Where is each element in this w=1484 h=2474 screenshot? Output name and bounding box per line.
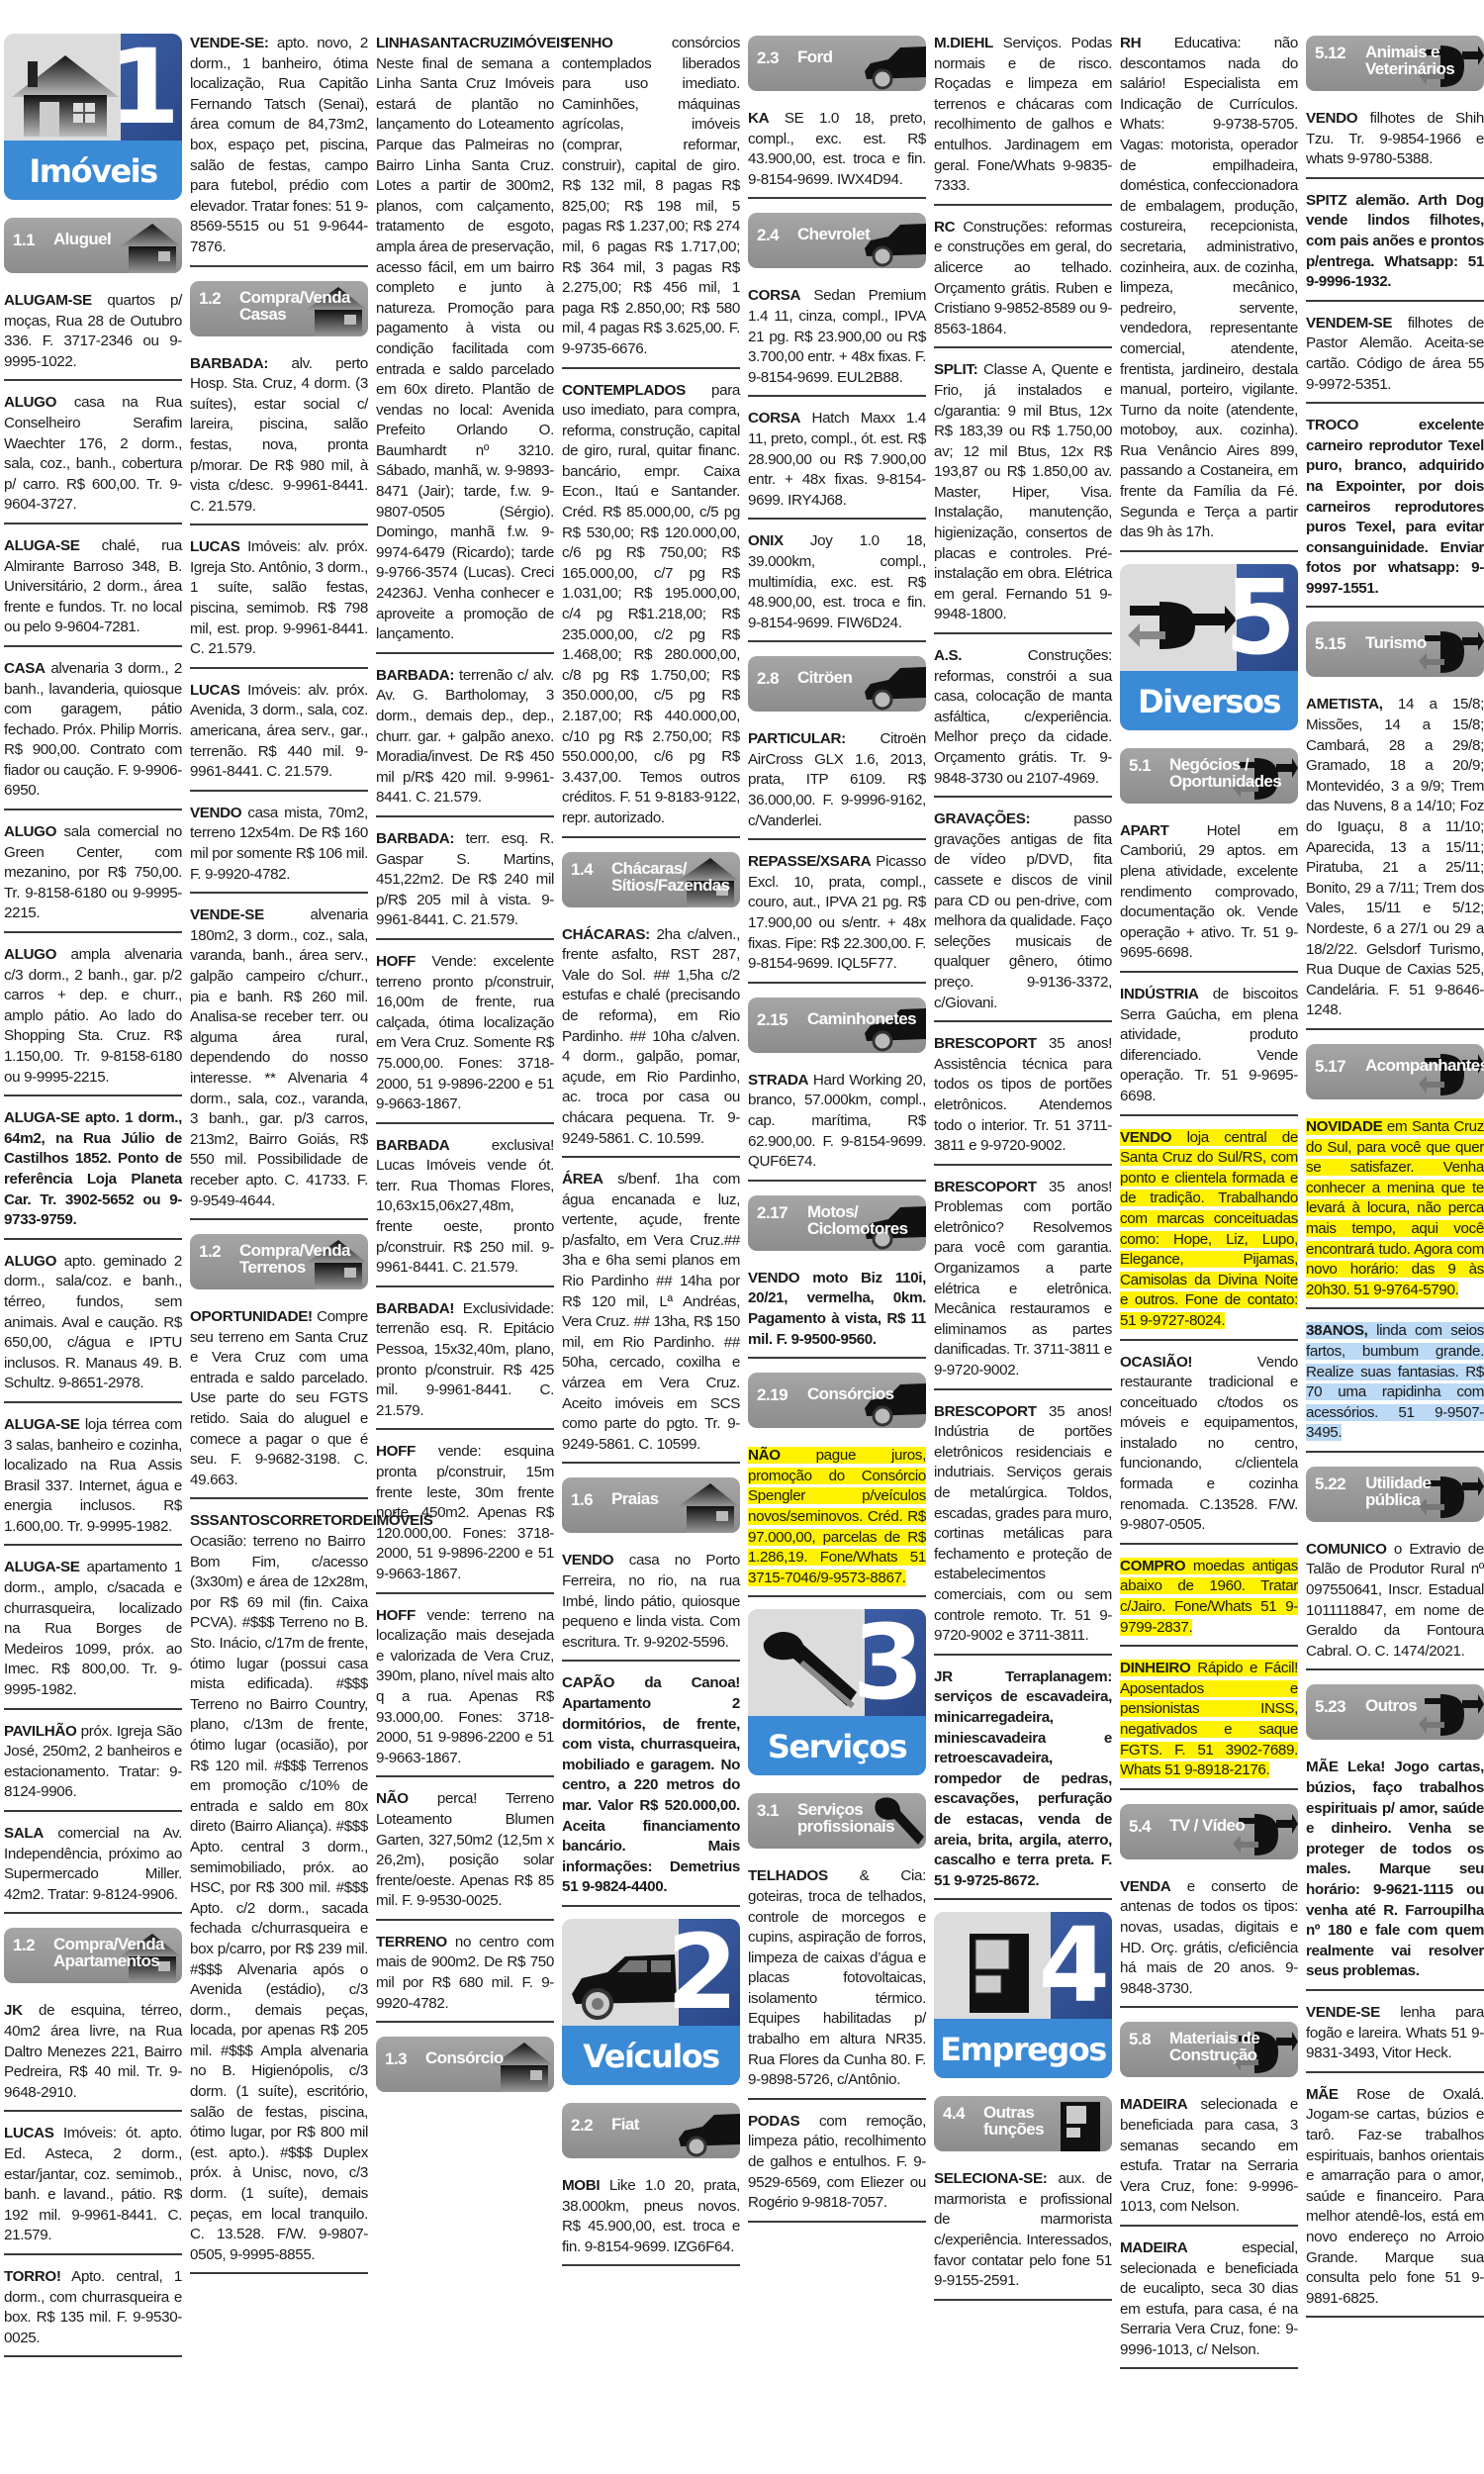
classified-ad: MADEIRA especial, selecionada e benefici… <box>1120 2235 1298 2370</box>
section-title: Utilidade pública <box>1365 1475 1431 1508</box>
car-icon <box>671 2103 740 2158</box>
column-2: VENDE-SE: apto. novo, 2 dorm., 1 banheir… <box>190 30 368 2377</box>
classified-ad: JK de esquina, térreo, 40m2 área livre, … <box>4 1997 182 2112</box>
classified-ad: BARBADA: terrenão c/ alv. Av. G. Barthol… <box>376 662 554 817</box>
house-icon <box>113 218 182 273</box>
section-number: 2.8 <box>757 669 779 689</box>
classified-ad: HOFF Vende: excelente terreno pronto p/c… <box>376 948 554 1124</box>
category-header-servicos: 3 Serviços <box>748 1609 926 1775</box>
classified-ad: LUCAS Imóveis: alv. próx. Avenida, 3 dor… <box>190 677 368 792</box>
category-number: 3 <box>853 1609 920 1722</box>
ad-lead: SPLIT: <box>934 361 977 378</box>
ad-lead: CORSA <box>748 287 800 304</box>
classified-ad: ALUGO ampla alvenaria c/3 dorm., 2 banh.… <box>4 941 182 1096</box>
category-header-diversos: 5 Diversos <box>1120 564 1298 730</box>
section-title: Materiais de Construção <box>1169 2030 1259 2063</box>
classified-ad: CORSA Hatch Maxx 1.4 11, preto, compl., … <box>748 405 926 520</box>
column-6: M.DIEHL Serviços. Podas normais e de ris… <box>934 30 1112 2377</box>
section-number: 5.8 <box>1129 2030 1151 2049</box>
ad-lead: LINHASANTACRUZIMÓVEIS <box>376 35 570 51</box>
ad-body: Rápido e Fácil! Aposentados e pensionist… <box>1120 1660 1298 1778</box>
ad-lead: TERRENO <box>376 1934 447 1951</box>
section-header: 1.2 Compra/Venda Apartamentos <box>4 1928 182 1983</box>
category-header-veiculos: 2 Veículos <box>562 1919 740 2085</box>
ad-body: da Canoa! Apartamento 2 dormitórios, de … <box>562 1674 740 1895</box>
classified-ad: VENDO casa mista, 70m2, terreno 12x54m. … <box>190 800 368 894</box>
ad-lead: VENDO <box>748 1270 799 1286</box>
section-title: Caminhonetes <box>807 1010 916 1027</box>
section-title: Negócios / Oportunidades <box>1169 756 1281 790</box>
classified-ad: MOBI Like 1.0 20, prata, 38.000km, pneus… <box>562 2172 740 2266</box>
ad-lead: 38ANOS, <box>1306 1322 1368 1339</box>
section-title: Outras funções <box>983 2104 1044 2138</box>
section-number: 5.22 <box>1315 1475 1345 1494</box>
ad-lead: ALUGO <box>4 823 56 840</box>
ad-body: apto. geminado 2 dorm., sala/coz. e banh… <box>4 1253 182 1392</box>
ad-body: Leka! Jogo cartas, búzios, faço trabalho… <box>1306 1759 1484 1979</box>
classified-ad: VENDO filhotes de Shih Tzu. Tr. 9-9854-1… <box>1306 105 1484 179</box>
machine-icon <box>1043 2096 1112 2151</box>
ad-lead: TROCO <box>1306 417 1358 433</box>
ad-body: Picasso Excl. 10, prata, compl., couro, … <box>748 853 926 972</box>
classified-ad: MÃE Leka! Jogo cartas, búzios, faço trab… <box>1306 1754 1484 1991</box>
ad-lead: VENDO <box>1306 110 1357 127</box>
ad-lead: TORRO! <box>4 2268 61 2285</box>
ad-lead: JR <box>934 1668 953 1685</box>
ad-lead: ALUGO <box>4 946 56 963</box>
section-title: Compra/Venda Casas <box>239 289 350 323</box>
section-number: 2.19 <box>757 1385 788 1405</box>
ad-body: alv. perto Hosp. Sta. Cruz, 4 dorm. (3 s… <box>190 355 368 515</box>
ad-body: vende: terreno na localização mais desej… <box>376 1607 554 1766</box>
ad-lead: BARBADA: <box>376 667 454 684</box>
classified-ad: DINHEIRO Rápido e Fácil! Aposentados e p… <box>1120 1655 1298 1790</box>
classified-ad: ALUGO casa na Rua Conselheiro Serafim Wa… <box>4 389 182 524</box>
ad-lead: HOFF <box>376 953 416 970</box>
ad-lead: ALUGO <box>4 394 56 411</box>
section-number: 5.15 <box>1315 634 1345 654</box>
ad-lead: KA <box>748 110 769 127</box>
classified-ad: BARBADA exclusiva! Lucas Imóveis vende ó… <box>376 1132 554 1287</box>
ad-body: 35 anos! Assistência técnica para todos … <box>934 1035 1112 1154</box>
section-header: 5.17 Acompanhantes <box>1306 1044 1484 1099</box>
classified-ad: SALA comercial na Av. Independência, pró… <box>4 1820 182 1914</box>
ad-lead: CHÁCARAS: <box>562 926 650 943</box>
ad-lead: STRADA <box>748 1072 808 1089</box>
section-number: 1.2 <box>13 1936 35 1955</box>
classified-ad: GRAVAÇÕES: passo gravações antigas de fi… <box>934 806 1112 1022</box>
classified-ad: VENDEM-SE filhotes de Pastor Alemão. Ace… <box>1306 310 1484 404</box>
ad-lead: REPASSE/XSARA <box>748 853 871 870</box>
section-header: 1.1 Aluguel <box>4 218 182 273</box>
ad-body: Terraplanagem: serviços de escavadeira, … <box>934 1668 1112 1889</box>
category-number: 1 <box>109 34 176 146</box>
category-number: 5 <box>1225 564 1292 677</box>
section-title: Praias <box>611 1490 658 1507</box>
ad-lead: MOBI <box>562 2177 600 2194</box>
section-number: 1.2 <box>199 1242 221 1262</box>
section-number: 5.23 <box>1315 1697 1345 1717</box>
classified-ad: 38ANOS, linda com seios fartos, bumbum g… <box>1306 1317 1484 1453</box>
ad-body: linda com seios fartos, bumbum grande. R… <box>1306 1322 1484 1441</box>
classified-ad: VENDO casa no Porto Ferreira, no rio, na… <box>562 1547 740 1662</box>
classified-ad: RC Construções: reformas e construções e… <box>934 214 1112 349</box>
section-header: 5.22 Utilidade pública <box>1306 1467 1484 1522</box>
section-header: 2.2 Fiat <box>562 2103 740 2158</box>
ad-body: Ocasião: terreno no Bairro Bom Fim, c/ac… <box>190 1533 368 2263</box>
section-header: 3.1 Serviços profissionais <box>748 1793 926 1849</box>
classified-ad: INDÚSTRIA de biscoitos Serra Gaúcha, em … <box>1120 981 1298 1116</box>
section-number: 2.3 <box>757 48 779 68</box>
section-header: 2.3 Ford <box>748 36 926 91</box>
ad-lead: MÃE <box>1306 2086 1339 2103</box>
ad-body: Hotel em Camboriú, 29 aptos. em plena at… <box>1120 822 1298 962</box>
ad-lead: RC <box>934 219 955 236</box>
ad-lead: BRESCOPORT <box>934 1179 1037 1195</box>
house-icon <box>671 1477 740 1533</box>
ad-body: aux. de marmorista e profissional de mar… <box>934 2170 1112 2289</box>
classified-ad: M.DIEHL Serviços. Podas normais e de ris… <box>934 30 1112 206</box>
column-4: TENHO consórcios contemplados liberados … <box>562 30 740 2377</box>
classified-ad: VENDE-SE alvenaria 180m2, 3 dorm., coz.,… <box>190 902 368 1220</box>
ad-lead: DINHEIRO <box>1120 1660 1190 1676</box>
ad-body: Classe A, Quente e Frio, já instalados e… <box>934 361 1112 622</box>
section-header: 1.6 Praias <box>562 1477 740 1533</box>
section-title: Consórcio <box>425 2049 504 2066</box>
section-title: Outros <box>1365 1697 1417 1714</box>
ad-lead: BARBADA! <box>376 1300 454 1317</box>
classified-ad: PAVILHÃO próx. Igreja São José, 250m2, 2… <box>4 1718 182 1812</box>
ad-lead: VENDEM-SE <box>1306 315 1392 332</box>
ad-lead: ALUGO <box>4 1253 56 1270</box>
classified-ad: TROCO excelente carneiro reprodutor Texe… <box>1306 412 1484 608</box>
category-label: Serviços <box>748 1728 926 1765</box>
ad-body: Vende: excelente terreno pronto p/constr… <box>376 953 554 1112</box>
column-3: LINHASANTACRUZIMÓVEIS Neste final de sem… <box>376 30 554 2377</box>
classified-ad: ALUGAM-SE quartos p/ moças, Rua 28 de Ou… <box>4 287 182 381</box>
wrench-icon <box>754 1623 865 1712</box>
ad-lead: VENDO <box>562 1552 613 1569</box>
arrows-icon <box>1415 1684 1484 1740</box>
ad-body: de biscoitos Serra Gaúcha, em plena ativ… <box>1120 986 1298 1104</box>
ad-lead: BARBADA: <box>376 830 454 847</box>
ad-body: loja térrea com 3 salas, banheiro e cozi… <box>4 1416 182 1535</box>
ad-lead: ONIX <box>748 532 784 549</box>
ad-body: perca! Terreno Loteamento Blumen Garten,… <box>376 1790 554 1909</box>
ad-lead: CORSA <box>748 410 800 427</box>
classified-ad: SPITZ alemão. Arth Dog vende lindos filh… <box>1306 187 1484 302</box>
section-header: 2.19 Consórcios <box>748 1373 926 1428</box>
section-number: 3.1 <box>757 1801 779 1821</box>
ad-body: em Santa Cruz do Sul, para você que quer… <box>1306 1118 1484 1298</box>
ad-body: 35 anos! Indústria de portões eletrônico… <box>934 1403 1112 1645</box>
ad-lead: SPITZ <box>1306 192 1346 209</box>
section-header: 5.23 Outros <box>1306 1684 1484 1740</box>
section-header: 1.2 Compra/Venda Casas <box>190 281 368 336</box>
ad-body: para uso imediato, para compra, reforma,… <box>562 382 740 826</box>
car-icon <box>568 1933 679 2022</box>
section-title: Animais e Veterinários <box>1365 44 1454 77</box>
classified-ad: VENDA e conserto de antenas de todos os … <box>1120 1873 1298 2009</box>
ad-lead: COMPRO <box>1120 1558 1185 1574</box>
ad-lead: MADEIRA <box>1120 2096 1187 2113</box>
section-title: Consórcios <box>807 1385 894 1402</box>
ad-body: casa na Rua Conselheiro Serafim Waechter… <box>4 394 182 513</box>
ad-lead: PAVILHÃO <box>4 1723 76 1740</box>
ad-lead: VENDE-SE <box>1306 2004 1380 2021</box>
section-header: 5.15 Turismo <box>1306 621 1484 677</box>
ad-body: Educativa: não descontamos nada do salár… <box>1120 35 1298 540</box>
section-title: Serviços profissionais <box>797 1801 894 1835</box>
section-title: Chácaras/ Sítios/Fazendas <box>611 860 729 894</box>
section-title: Compra/Venda Terrenos <box>239 1242 350 1276</box>
classified-ad: PARTICULAR: Citroën AirCross GLX 1.6, 20… <box>748 725 926 840</box>
classified-ad: SPLIT: Classe A, Quente e Frio, já insta… <box>934 356 1112 634</box>
classified-ad: VENDO moto Biz 110i, 20/21, vermelha, 0k… <box>748 1265 926 1359</box>
ad-lead: TENHO <box>562 35 612 51</box>
car-icon <box>857 656 926 712</box>
classified-ad: BARBADA! Exclusividade: terrenão esq. R.… <box>376 1295 554 1431</box>
ad-lead: VENDA <box>1120 1878 1170 1895</box>
ad-lead: SELECIONA-SE: <box>934 2170 1047 2187</box>
ad-body: alvenaria 3 dorm., 2 banh., lavanderia, … <box>4 660 182 800</box>
column-8: 5.12 Animais e Veterinários VENDO filhot… <box>1306 30 1484 2377</box>
classified-ad: BRESCOPORT 35 anos! Assistência técnica … <box>934 1030 1112 1166</box>
section-title: Motos/ Ciclomotores <box>807 1203 907 1237</box>
ad-lead: JK <box>4 2002 23 2019</box>
ad-lead: LUCAS <box>190 682 240 699</box>
classified-ad: OCASIÃO! Vendo restaurante tradicional e… <box>1120 1349 1298 1545</box>
ad-lead: NÃO <box>376 1790 409 1807</box>
section-number: 2.17 <box>757 1203 788 1223</box>
classified-ad: APART Hotel em Camboriú, 29 aptos. em pl… <box>1120 817 1298 973</box>
classified-ad: CONTEMPLADOS para uso imediato, para com… <box>562 377 740 838</box>
section-header: 1.3 Consórcio <box>376 2037 554 2092</box>
section-title: Ford <box>797 48 832 65</box>
section-number: 1.2 <box>199 289 221 309</box>
ad-body: Imóveis: ót. apto. Ed. Asteca, 2 dorm., … <box>4 2125 182 2243</box>
section-title: Turismo <box>1365 634 1427 651</box>
section-title: Chevrolet <box>797 226 870 242</box>
classified-ad: A.S. Construções: reformas, constrói a s… <box>934 642 1112 798</box>
ad-lead: VENDO <box>1120 1129 1171 1146</box>
ad-lead: VENDO <box>190 805 241 821</box>
ad-lead: CASA <box>4 660 46 677</box>
classified-ad: COMUNICO o Extravio de Talão de Produtor… <box>1306 1536 1484 1671</box>
classified-ad: SSSANTOSCORRETORDEIMÓVEIS Ocasião: terre… <box>190 1507 368 2274</box>
ad-body: Imóveis: alv. próx. Igreja Sto. Antônio,… <box>190 538 368 657</box>
ad-lead: MADEIRA <box>1120 2239 1187 2256</box>
ad-body: de esquina, térreo, 40m2 área livre, na … <box>4 2002 182 2100</box>
arrows-icon <box>1126 578 1237 667</box>
column-1: 1 Imóveis 1.1 Aluguel ALUGAM-SE quartos … <box>4 30 182 2377</box>
classified-ad: HOFF vende: terreno na localização mais … <box>376 1602 554 1778</box>
classified-ad: COMPRO moedas antigas abaixo de 1960. Tr… <box>1120 1553 1298 1647</box>
classified-ad: ONIX Joy 1.0 18, 39.000km, compl., multi… <box>748 527 926 642</box>
section-number: 1.1 <box>13 231 35 250</box>
ad-lead: NOVIDADE <box>1306 1118 1382 1135</box>
section-header: 2.4 Chevrolet <box>748 213 926 268</box>
classified-ad: NOVIDADE em Santa Cruz do Sul, para você… <box>1306 1113 1484 1309</box>
ad-lead: TELHADOS <box>748 1867 828 1884</box>
ad-body: pague juros, promoção do Consórcio Speng… <box>748 1447 926 1586</box>
ad-body: 2ha c/alven., frente asfalto, RST 287, V… <box>562 926 740 1147</box>
classified-ad: ALUGO sala comercial no Green Center, co… <box>4 818 182 933</box>
ad-body: Neste final de semana a Linha Santa Cruz… <box>376 55 554 643</box>
classified-ad: BARBADA: terr. esq. R. Gaspar S. Martins… <box>376 825 554 940</box>
section-header: 5.8 Materiais de Construção <box>1120 2022 1298 2077</box>
section-header: 2.8 Citröen <box>748 656 926 712</box>
ad-lead: PODAS <box>748 2113 799 2130</box>
column-7: RH Educativa: não descontamos nada do sa… <box>1120 30 1298 2377</box>
section-header: 5.12 Animais e Veterinários <box>1306 36 1484 91</box>
classified-ad: REPASSE/XSARA Picasso Excl. 10, prata, c… <box>748 848 926 984</box>
section-number: 1.4 <box>571 860 593 880</box>
ad-body: o Extravio de Talão de Produtor Rural nº… <box>1306 1541 1484 1660</box>
classified-ad: AMETISTA, 14 a 15/8; Missões, 14 a 15/8;… <box>1306 691 1484 1030</box>
ad-lead: ALUGA-SE <box>4 1109 80 1126</box>
classified-ad: CORSA Sedan Premium 1.4 11, cinza, compl… <box>748 282 926 397</box>
section-header: 2.17 Motos/ Ciclomotores <box>748 1195 926 1251</box>
classified-ad: BRESCOPORT 35 anos! Problemas com portão… <box>934 1174 1112 1390</box>
section-title: TV / Vídeo <box>1169 1817 1245 1834</box>
ad-body: Construções: reformas, constrói a sua ca… <box>934 647 1112 787</box>
classified-ad: VENDO loja central de Santa Cruz do Sul/… <box>1120 1124 1298 1341</box>
classified-ad: LINHASANTACRUZIMÓVEIS Neste final de sem… <box>376 30 554 654</box>
ad-body: SE 1.0 18, preto, compl., exc. est. R$ 4… <box>748 110 926 188</box>
ad-body: & Cia: goteiras, troca de telhados, cont… <box>748 1867 926 2088</box>
classified-ad: PODAS com remoção, limpeza pátio, recolh… <box>748 2108 926 2223</box>
ad-lead: OPORTUNIDADE! <box>190 1308 313 1325</box>
classified-ad: SELECIONA-SE: aux. de marmorista e profi… <box>934 2165 1112 2301</box>
section-number: 5.12 <box>1315 44 1345 63</box>
category-label: Veículos <box>562 2038 740 2075</box>
classified-ad: ALUGA-SE loja térrea com 3 salas, banhei… <box>4 1411 182 1547</box>
section-number: 5.1 <box>1129 756 1151 776</box>
category-label: Empregos <box>934 2031 1112 2068</box>
ad-body: apartamento 1 dorm., amplo, c/sacada e c… <box>4 1559 182 1698</box>
section-title: Fiat <box>611 2116 639 2133</box>
section-title: Citröen <box>797 669 852 686</box>
ad-lead: COMUNICO <box>1306 1541 1387 1558</box>
classified-ad: LUCAS Imóveis: ót. apto. Ed. Asteca, 2 d… <box>4 2120 182 2255</box>
classified-ad: TELHADOS & Cia: goteiras, troca de telha… <box>748 1862 926 2100</box>
ad-lead: CONTEMPLADOS <box>562 382 686 399</box>
ad-body: apto. 1 dorm., 64m2, na Rua Júlio de Cas… <box>4 1109 182 1228</box>
ad-lead: APART <box>1120 822 1168 839</box>
classified-ad: CASA alvenaria 3 dorm., 2 banh., lavande… <box>4 655 182 810</box>
classified-ad: BRESCOPORT 35 anos! Indústria de portões… <box>934 1398 1112 1656</box>
section-header: 5.1 Negócios / Oportunidades <box>1120 748 1298 804</box>
category-number: 2 <box>667 1919 734 2032</box>
ad-body: consórcios contemplados liberados para u… <box>562 35 740 357</box>
category-label: Diversos <box>1120 683 1298 720</box>
ad-lead: M.DIEHL <box>934 35 993 51</box>
house-icon <box>10 48 121 137</box>
category-header-imoveis: 1 Imóveis <box>4 34 182 200</box>
ad-lead: OCASIÃO! <box>1120 1354 1192 1371</box>
classified-ad: MÃE Rose de Oxalá. Jogam-se cartas, búzi… <box>1306 2081 1484 2319</box>
classified-ad: TERRENO no centro com mais de 900m2. De … <box>376 1929 554 2023</box>
classified-ad: NÃO perca! Terreno Loteamento Blumen Gar… <box>376 1785 554 1921</box>
classified-ad: CHÁCARAS: 2ha c/alven., frente asfalto, … <box>562 921 740 1159</box>
ad-lead: HOFF <box>376 1443 416 1460</box>
classified-ad: KA SE 1.0 18, preto, compl., exc. est. R… <box>748 105 926 199</box>
ad-lead: MÃE <box>1306 1759 1339 1775</box>
classified-ad: VENDE-SE lenha para fogão e lareira. Wha… <box>1306 1999 1484 2073</box>
section-header: 4.4 Outras funções <box>934 2096 1112 2151</box>
classified-ad: STRADA Hard Working 20, branco, 57.000km… <box>748 1067 926 1182</box>
ad-body: vende: esquina pronta p/construir, 15m f… <box>376 1443 554 1582</box>
machine-icon <box>940 1926 1051 2015</box>
ad-lead: CAPÃO <box>562 1674 614 1691</box>
ad-lead: PARTICULAR: <box>748 730 846 747</box>
classified-ad: ALUGO apto. geminado 2 dorm., sala/coz. … <box>4 1248 182 1403</box>
section-title: Aluguel <box>53 231 111 247</box>
section-number: 2.4 <box>757 226 779 245</box>
category-header-empregos: 4 Empregos <box>934 1912 1112 2078</box>
ad-body: Serviços. Podas normais e de risco. Roça… <box>934 35 1112 194</box>
ad-lead: ALUGA-SE <box>4 537 80 554</box>
classified-ad: VENDE-SE: apto. novo, 2 dorm., 1 banheir… <box>190 30 368 267</box>
ad-lead: ALUGA-SE <box>4 1416 80 1433</box>
classified-ad: TENHO consórcios contemplados liberados … <box>562 30 740 369</box>
ad-body: terrenão c/ alv. Av. G. Bartholomay, 3 d… <box>376 667 554 807</box>
ad-lead: LUCAS <box>190 538 240 555</box>
ad-lead: NÃO <box>748 1447 781 1464</box>
ad-lead: BARBADA: <box>190 355 268 372</box>
ad-body: s/benf. 1ha com água encanada e luz, ver… <box>562 1171 740 1453</box>
section-number: 2.2 <box>571 2116 593 2136</box>
ad-body: apto. novo, 2 dorm., 1 banheiro, ótima l… <box>190 35 368 255</box>
ad-body: Vendo restaurante tradicional e conceitu… <box>1120 1354 1298 1534</box>
ad-lead: A.S. <box>934 647 962 664</box>
ad-body: especial, selecionada e beneficiada de e… <box>1120 2239 1298 2358</box>
section-header: 1.2 Compra/Venda Terrenos <box>190 1234 368 1289</box>
ad-lead: BRESCOPORT <box>934 1035 1037 1052</box>
classified-ad: LUCAS Imóveis: alv. próx. Igreja Sto. An… <box>190 533 368 669</box>
ad-body: Compre seu terreno em Santa Cruz e Vera … <box>190 1308 368 1488</box>
section-header: 2.15 Caminhonetes <box>748 998 926 1053</box>
ad-body: alvenaria 180m2, 3 dorm., coz., sala, va… <box>190 906 368 1208</box>
section-number: 1.3 <box>385 2049 407 2069</box>
ad-body: Rose de Oxalá. Jogam-se cartas, búzios e… <box>1306 2086 1484 2307</box>
section-header: 1.4 Chácaras/ Sítios/Fazendas <box>562 852 740 907</box>
classified-ad: HOFF vende: esquina pronta p/construir, … <box>376 1438 554 1593</box>
ad-lead: BARBADA <box>376 1137 449 1154</box>
ad-body: Exclusividade: terrenão esq. R. Epitácio… <box>376 1300 554 1419</box>
ad-body: ampla alvenaria c/3 dorm., 2 banh., gar.… <box>4 946 182 1086</box>
ad-body: exclusiva! Lucas Imóveis vende ót. terr.… <box>376 1137 554 1277</box>
classified-ad: TORRO! Apto. central, 1 dorm., com churr… <box>4 2263 182 2357</box>
ad-lead: LUCAS <box>4 2125 54 2141</box>
car-icon <box>857 36 926 91</box>
classified-ad: NÃO pague juros, promoção do Consórcio S… <box>748 1442 926 1597</box>
classified-ad: ALUGA-SE apartamento 1 dorm., amplo, c/s… <box>4 1554 182 1709</box>
classifieds-page: 1 Imóveis 1.1 Aluguel ALUGAM-SE quartos … <box>0 30 1484 2377</box>
classified-ad: OPORTUNIDADE! Compre seu terreno em Sant… <box>190 1303 368 1499</box>
ad-body: passo gravações antigas de fita de vídeo… <box>934 810 1112 1010</box>
classified-ad: MADEIRA selecionada e beneficiada para c… <box>1120 2091 1298 2227</box>
section-number: 5.17 <box>1315 1057 1345 1077</box>
ad-body: 14 a 15/8; Missões, 14 a 15/8; Cambará, … <box>1306 696 1484 1018</box>
ad-lead: AMETISTA, <box>1306 696 1383 713</box>
ad-body: selecionada e beneficiada para casa, 3 s… <box>1120 2096 1298 2215</box>
category-number: 4 <box>1039 1912 1106 2025</box>
section-header: 5.4 TV / Vídeo <box>1120 1804 1298 1859</box>
ad-lead: VENDE-SE <box>190 906 264 923</box>
section-title: Acompanhantes <box>1365 1057 1484 1074</box>
